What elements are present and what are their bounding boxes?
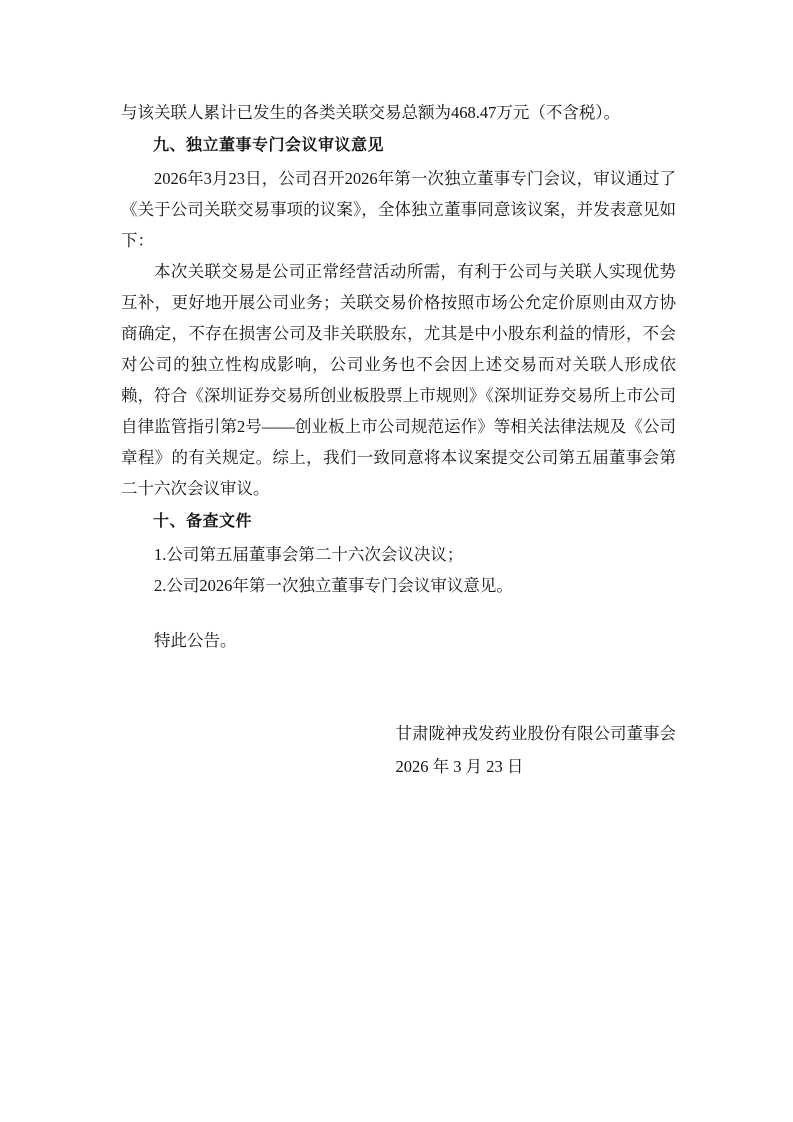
document-content: 与该关联人累计已发生的各类关联交易总额为468.47万元（不含税）。 九、独立董… xyxy=(0,0,793,782)
section-nine-paragraph-1: 2026年3月23日，公司召开2026年第一次独立董事专门会议，审议通过了《关于… xyxy=(121,163,676,256)
section-ten-heading: 十、备查文件 xyxy=(121,506,676,537)
signature-date: 2026 年 3 月 23 日 xyxy=(396,751,677,782)
continuation-paragraph: 与该关联人累计已发生的各类关联交易总额为468.47万元（不含税）。 xyxy=(121,97,676,128)
reference-item-2: 2.公司2026年第一次独立董事专门会议审议意见。 xyxy=(121,570,676,601)
section-nine-paragraph-2: 本次关联交易是公司正常经营活动所需，有利于公司与关联人实现优势互补，更好地开展公… xyxy=(121,256,676,504)
reference-item-1: 1.公司第五届董事会第二十六次会议决议； xyxy=(121,539,676,570)
signature-block: 甘肃陇神戎发药业股份有限公司董事会 2026 年 3 月 23 日 xyxy=(396,718,677,782)
announcement-page: 与该关联人累计已发生的各类关联交易总额为468.47万元（不含税）。 九、独立董… xyxy=(0,0,793,1122)
closing-statement: 特此公告。 xyxy=(121,625,676,656)
section-nine-heading: 九、独立董事专门会议审议意见 xyxy=(121,130,676,161)
signature-company: 甘肃陇神戎发药业股份有限公司董事会 xyxy=(396,718,677,749)
